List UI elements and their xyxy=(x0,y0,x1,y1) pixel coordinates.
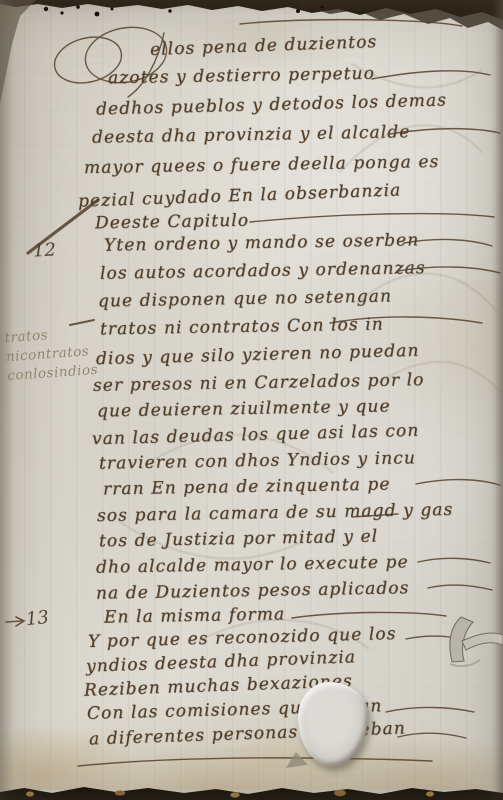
manuscript-line: que disponen que no setengan xyxy=(98,286,392,311)
manuscript-line: travieren con dhos Yndios y incu xyxy=(99,448,416,474)
margin-note: tratos nicontratos conlosindios xyxy=(4,323,99,386)
manuscript-line: azotes y destierro perpetuo xyxy=(108,64,375,89)
manuscript-line: En la misma forma xyxy=(104,604,286,627)
manuscript-line: dedhos pueblos y detodos los demas xyxy=(96,90,448,119)
manuscript-line: dios y que silo yzieren no puedan xyxy=(96,341,420,369)
manuscript-line: Deeste Capitulo xyxy=(95,211,250,234)
margin-number-12: 12 xyxy=(32,239,56,261)
manuscript-line: dho alcalde mayor lo execute pe xyxy=(96,552,409,577)
manuscript-line: los autos acordados y ordenanzas xyxy=(100,258,426,284)
manuscript-line: tos de Justizia por mitad y el xyxy=(99,527,379,552)
manuscript-line: que deuieren ziuilmente y que xyxy=(97,396,391,421)
manuscript-line: ser presos ni en Carzelados por lo xyxy=(93,370,425,396)
manuscript-line: tratos ni contratos Con los in xyxy=(100,315,384,340)
manuscript-line: rran En pena de zinquenta pe xyxy=(103,474,391,499)
manuscript-line: pezial cuydado En la obserbanzia xyxy=(78,180,402,211)
manuscript-text-block: ellos pena de duzientosazotes y destierr… xyxy=(0,0,503,800)
manuscript-line: na de Duzientos pesos aplicados xyxy=(96,578,410,603)
manuscript-line: deesta dha provinzia y el alcalde xyxy=(92,122,411,148)
manuscript-line: sos para la camara de su magd y gas xyxy=(97,500,454,526)
manuscript-line: mayor quees o fuere deella ponga es xyxy=(84,152,440,178)
manuscript-scan: ellos pena de duzientosazotes y destierr… xyxy=(0,0,503,800)
margin-number-13: 13 xyxy=(25,607,50,630)
manuscript-line: van las deudas los que asi las con xyxy=(92,421,420,450)
manuscript-line: ellos pena de duzientos xyxy=(150,32,378,60)
manuscript-line: Yten ordeno y mando se oserben xyxy=(104,230,420,256)
